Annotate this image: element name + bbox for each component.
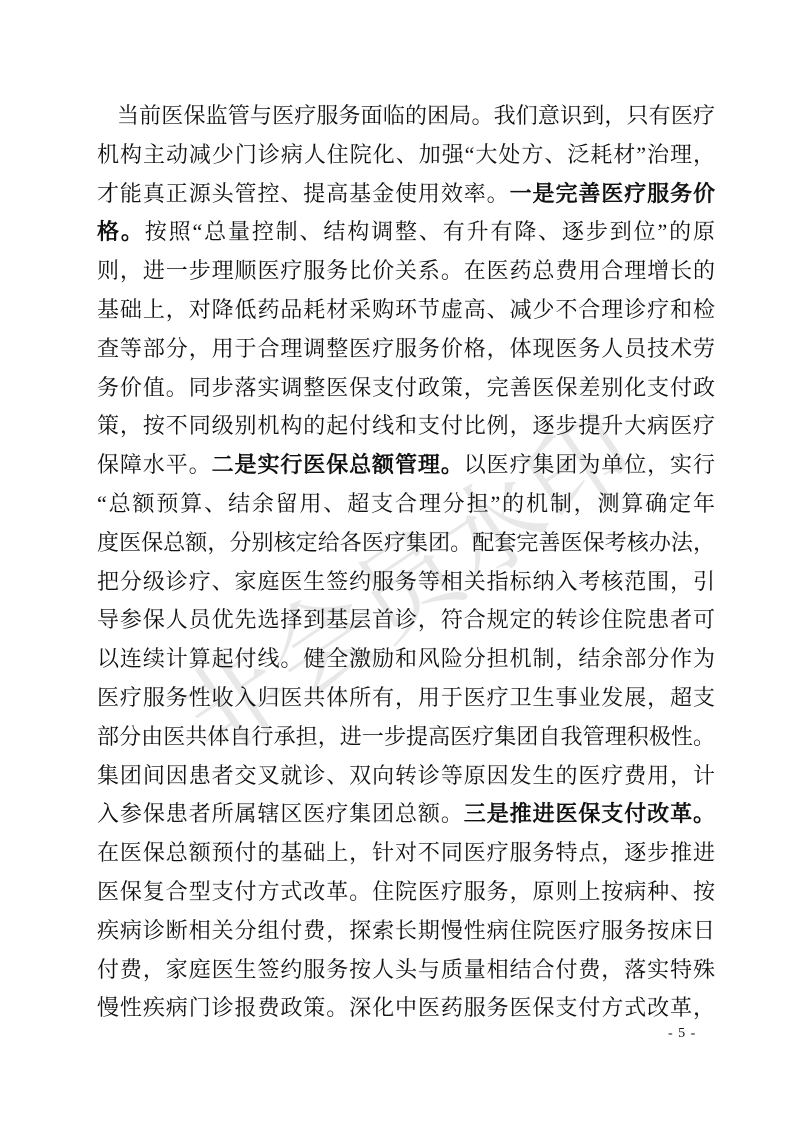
bold-heading-segment: 三是推进医保支付改革。	[464, 801, 715, 826]
text-segment: 基础上，对降低药品耗材采购环节虚高、减少不合理诊疗和检	[97, 297, 715, 322]
paragraph-line: 务价值。同步落实调整医保支付政策，完善医保差别化支付政	[97, 369, 715, 408]
paragraph-line: 机构主动减少门诊病人住院化、加强“大处方、泛耗材”治理，	[97, 136, 715, 175]
text-segment: 疾病诊断相关分组付费，探索长期慢性病住院医疗服务按床日	[97, 918, 715, 943]
text-segment: 部分由医共体自行承担，进一步提高医疗集团自我管理积极性。	[97, 724, 715, 749]
text-segment: 以医疗集团为单位，实行	[464, 452, 715, 477]
paragraph-line: 导参保人员优先选择到基层首诊，符合规定的转诊住院患者可	[97, 601, 715, 640]
document-page: 非会员水印 当前医保监管与医疗服务面临的困局。我们意识到，只有医疗机构主动减少门…	[0, 0, 793, 1122]
text-segment: 务价值。同步落实调整医保支付政策，完善医保差别化支付政	[97, 375, 715, 400]
paragraph-line: 医疗服务性收入归医共体所有，用于医疗卫生事业发展，超支	[97, 679, 715, 718]
paragraph-line: 策，按不同级别机构的起付线和支付比例，逐步提升大病医疗	[97, 407, 715, 446]
text-segment: 集团间因患者交叉就诊、双向转诊等原因发生的医疗费用，计	[97, 763, 715, 788]
paragraph-line: 格。按照“总量控制、结构调整、有升有降、逐步到位”的原	[97, 213, 715, 252]
text-segment: 入参保患者所属辖区医疗集团总额。	[97, 801, 464, 826]
paragraph-line: 疾病诊断相关分组付费，探索长期慢性病住院医疗服务按床日	[97, 912, 715, 951]
text-segment: 查等部分，用于合理调整医疗服务价格，体现医务人员技术劳	[97, 336, 715, 361]
text-segment: 导参保人员优先选择到基层首诊，符合规定的转诊住院患者可	[97, 607, 715, 632]
bold-heading-segment: 二是实行医保总额管理。	[212, 452, 464, 477]
paragraph-line: 部分由医共体自行承担，进一步提高医疗集团自我管理积极性。	[97, 718, 715, 757]
text-segment: “总额预算、结余留用、超支合理分担”的机制，测算确定年	[97, 491, 715, 516]
text-segment: 在医保总额预付的基础上，针对不同医疗服务特点，逐步推进	[97, 840, 715, 865]
paragraph-line: 以连续计算起付线。健全激励和风险分担机制，结余部分作为	[97, 640, 715, 679]
paragraph-line: 保障水平。二是实行医保总额管理。以医疗集团为单位，实行	[97, 446, 715, 485]
paragraph-line: 把分级诊疗、家庭医生签约服务等相关指标纳入考核范围，引	[97, 563, 715, 602]
paragraph-line: 当前医保监管与医疗服务面临的困局。我们意识到，只有医疗	[97, 97, 715, 136]
bold-heading-segment: 一是完善医疗服务价	[510, 181, 715, 206]
text-segment: 医保复合型支付方式改革。住院医疗服务，原则上按病种、按	[97, 879, 715, 904]
paragraph-line: 慢性疾病门诊报费政策。深化中医药服务医保支付方式改革，	[97, 989, 715, 1028]
text-segment: 把分级诊疗、家庭医生签约服务等相关指标纳入考核范围，引	[97, 569, 715, 594]
text-segment: 则，进一步理顺医疗服务比价关系。在医药总费用合理增长的	[97, 258, 715, 283]
text-segment: 医疗服务性收入归医共体所有，用于医疗卫生事业发展，超支	[97, 685, 715, 710]
paragraph-line: 集团间因患者交叉就诊、双向转诊等原因发生的医疗费用，计	[97, 757, 715, 796]
paragraph-line: 则，进一步理顺医疗服务比价关系。在医药总费用合理增长的	[97, 252, 715, 291]
text-segment: 付费，家庭医生签约服务按人头与质量相结合付费，落实特殊	[97, 957, 715, 982]
text-segment: 当前医保监管与医疗服务面临的困局。我们意识到，只有医疗	[117, 103, 715, 128]
bold-heading-segment: 格。	[97, 219, 145, 244]
text-segment: 机构主动减少门诊病人住院化、加强“大处方、泛耗材”治理，	[97, 142, 715, 167]
paragraph-line: 度医保总额，分别核定给各医疗集团。配套完善医保考核办法，	[97, 524, 715, 563]
text-segment: 按照“总量控制、结构调整、有升有降、逐步到位”的原	[145, 219, 715, 244]
paragraph-line: 付费，家庭医生签约服务按人头与质量相结合付费，落实特殊	[97, 951, 715, 990]
paragraph-line: 医保复合型支付方式改革。住院医疗服务，原则上按病种、按	[97, 873, 715, 912]
text-segment: 度医保总额，分别核定给各医疗集团。配套完善医保考核办法，	[97, 530, 715, 555]
text-segment: 慢性疾病门诊报费政策。深化中医药服务医保支付方式改革，	[97, 995, 715, 1020]
paragraph-line: 查等部分，用于合理调整医疗服务价格，体现医务人员技术劳	[97, 330, 715, 369]
paragraph-line: 在医保总额预付的基础上，针对不同医疗服务特点，逐步推进	[97, 834, 715, 873]
text-segment: 保障水平。	[97, 452, 212, 477]
paragraph-line: 入参保患者所属辖区医疗集团总额。三是推进医保支付改革。	[97, 795, 715, 834]
body-text: 当前医保监管与医疗服务面临的困局。我们意识到，只有医疗机构主动减少门诊病人住院化…	[97, 97, 715, 1028]
text-segment: 以连续计算起付线。健全激励和风险分担机制，结余部分作为	[97, 646, 715, 671]
paragraph-line: 才能真正源头管控、提高基金使用效率。一是完善医疗服务价	[97, 175, 715, 214]
text-segment: 才能真正源头管控、提高基金使用效率。	[97, 181, 510, 206]
paragraph-line: “总额预算、结余留用、超支合理分担”的机制，测算确定年	[97, 485, 715, 524]
text-segment: 策，按不同级别机构的起付线和支付比例，逐步提升大病医疗	[97, 413, 715, 438]
page-number: - 5 -	[668, 1026, 696, 1042]
paragraph-line: 基础上，对降低药品耗材采购环节虚高、减少不合理诊疗和检	[97, 291, 715, 330]
